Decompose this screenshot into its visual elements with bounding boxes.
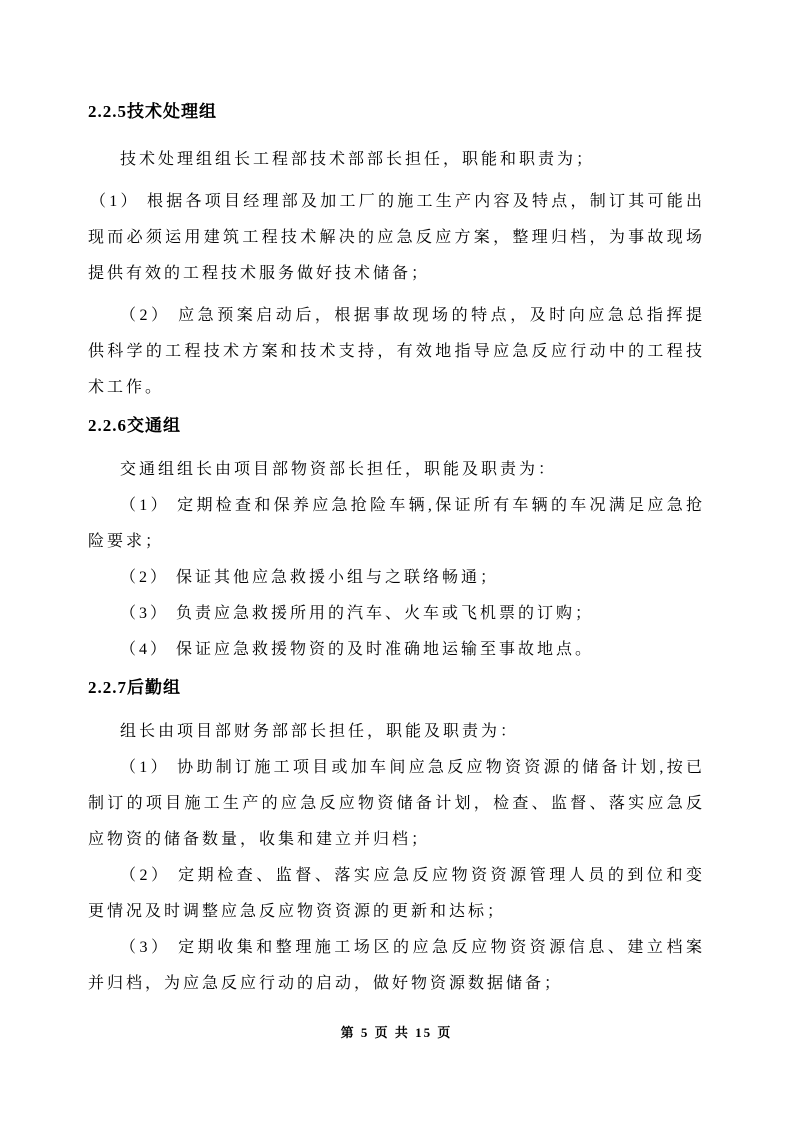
page-number-text: 第 5 页 共 15 页	[341, 1025, 453, 1040]
body-paragraph: 交通组组长由项目部物资部长担任，职能及职责为：	[88, 452, 705, 488]
numbered-item-2: （2） 定期检查、监督、落实应急反应物资资源管理人员的到位和变更情况及时调整应急…	[88, 858, 705, 930]
section-transport-group: 2.2.6交通组 交通组组长由项目部物资部长担任，职能及职责为： （1） 定期检…	[88, 414, 705, 668]
body-paragraph: 组长由项目部财务部部长担任，职能及职责为：	[88, 714, 705, 750]
section-heading-2-2-6: 2.2.6交通组	[88, 414, 705, 438]
numbered-item-2: （2） 应急预案启动后，根据事故现场的特点，及时向应急总指挥提供科学的工程技术方…	[88, 298, 705, 406]
section-technical-handling-group: 2.2.5技术处理组 技术处理组组长工程部技术部部长担任，职能和职责为； （1）…	[88, 100, 705, 406]
document-content: 2.2.5技术处理组 技术处理组组长工程部技术部部长担任，职能和职责为； （1）…	[0, 0, 793, 1002]
numbered-item-2: （2） 保证其他应急救援小组与之联络畅通；	[88, 560, 705, 596]
section-heading-2-2-5: 2.2.5技术处理组	[88, 100, 705, 124]
body-paragraph: 技术处理组组长工程部技术部部长担任，职能和职责为；	[88, 142, 705, 178]
numbered-item-4: （4） 保证应急救援物资的及时准确地运输至事故地点。	[88, 632, 705, 668]
numbered-item-1: （1） 根据各项目经理部及加工厂的施工生产内容及特点，制订其可能出现而必须运用建…	[88, 184, 705, 292]
page-footer: 第 5 页 共 15 页	[0, 1022, 793, 1042]
numbered-item-3: （3） 负责应急救援所用的汽车、火车或飞机票的订购；	[88, 596, 705, 632]
numbered-item-1: （1） 定期检查和保养应急抢险车辆,保证所有车辆的车况满足应急抢险要求；	[88, 488, 705, 560]
numbered-item-3: （3） 定期收集和整理施工场区的应急反应物资资源信息、建立档案并归档，为应急反应…	[88, 930, 705, 1002]
numbered-item-1: （1） 协助制订施工项目或加车间应急反应物资资源的储备计划,按已制订的项目施工生…	[88, 750, 705, 858]
section-heading-2-2-7: 2.2.7后勤组	[88, 676, 705, 700]
document-page: 2.2.5技术处理组 技术处理组组长工程部技术部部长担任，职能和职责为； （1）…	[0, 0, 793, 1122]
section-logistics-group: 2.2.7后勤组 组长由项目部财务部部长担任，职能及职责为： （1） 协助制订施…	[88, 676, 705, 1002]
